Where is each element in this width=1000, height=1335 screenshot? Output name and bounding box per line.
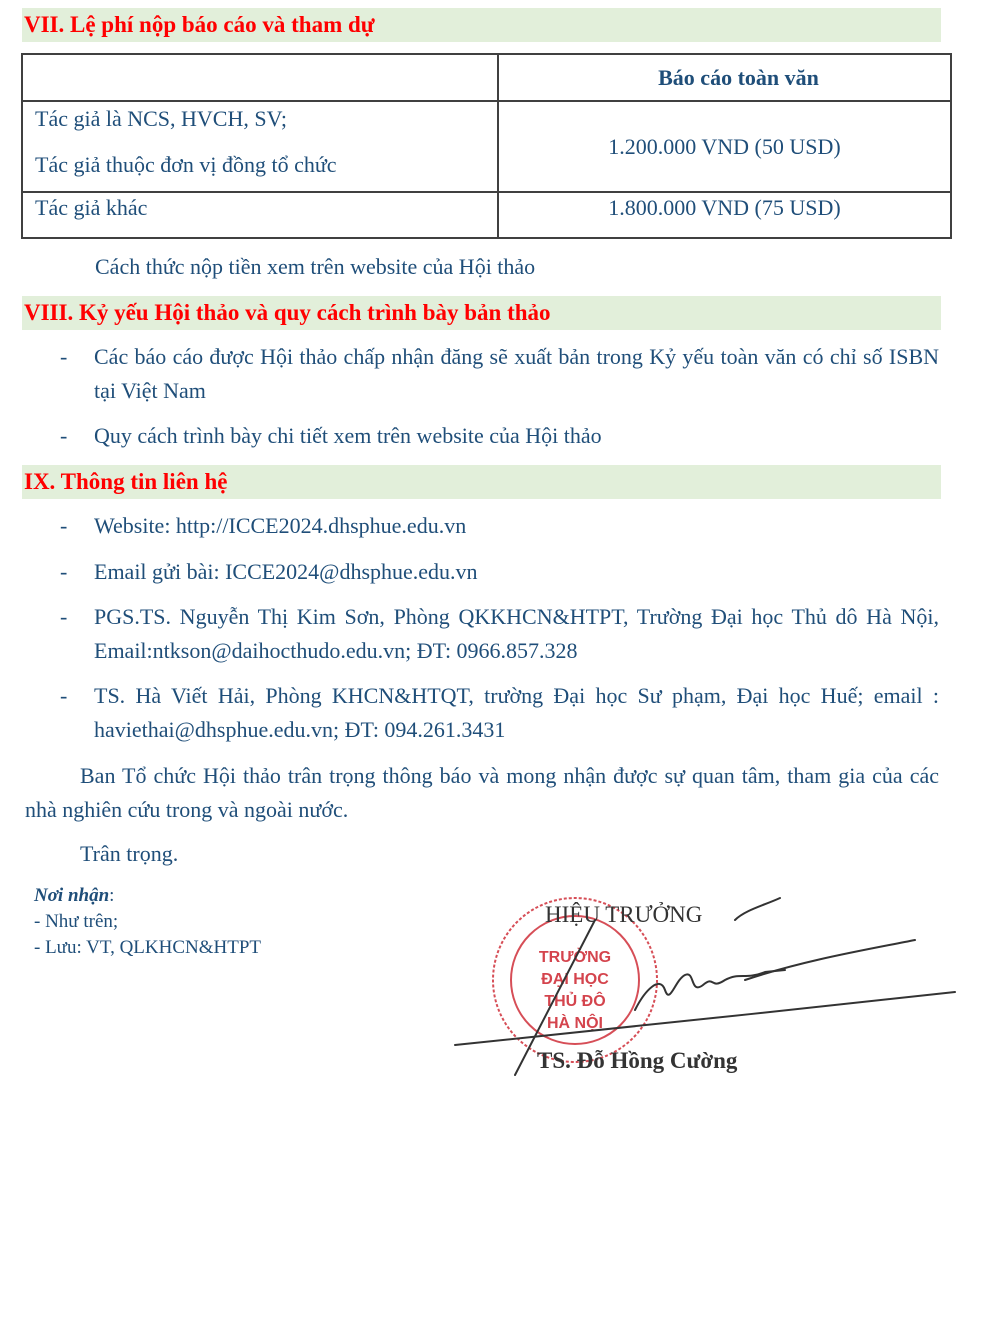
signature-block: TRƯỜNG ĐẠI HỌC THỦ ĐÔ HÀ NỘI HIỆU TRƯỞNG… [445, 880, 965, 1110]
fee-table-header-fulltext: Báo cáo toàn văn [498, 54, 951, 101]
bullet-dash: - [60, 683, 67, 709]
recipients-block: Nơi nhận: - Như trên; - Lưu: VT, QLKHCN&… [34, 883, 261, 961]
closing-regards: Trân trọng. [80, 841, 178, 867]
svg-text:ĐẠI HỌC: ĐẠI HỌC [541, 971, 609, 988]
svg-text:HÀ NỘI: HÀ NỘI [547, 1013, 603, 1032]
fee-category-cell: Tác giả khác [22, 192, 498, 238]
bullet-dash: - [60, 559, 67, 585]
table-row: Tác giả là NCS, HVCH, SV; Tác giả thuộc … [22, 101, 951, 192]
section-9-heading: IX. Thông tin liên hệ [22, 465, 941, 499]
bullet-dash: - [60, 344, 67, 370]
recipients-colon: : [109, 885, 114, 906]
contact-person-1: PGS.TS. Nguyễn Thị Kim Sơn, Phòng QKKHCN… [94, 600, 939, 668]
official-stamp-icon: TRƯỜNG ĐẠI HỌC THỦ ĐÔ HÀ NỘI [445, 880, 965, 1110]
fee-table-header: Báo cáo toàn văn [22, 54, 951, 101]
fee-table: Báo cáo toàn văn Tác giả là NCS, HVCH, S… [21, 53, 952, 239]
recipient-line: - Như trên; [34, 909, 261, 935]
payment-note: Cách thức nộp tiền xem trên website của … [95, 254, 535, 280]
bullet-dash: - [60, 423, 67, 449]
list-item: Các báo cáo được Hội thảo chấp nhận đăng… [94, 340, 939, 408]
signature-position: HIỆU TRƯỞNG [545, 902, 702, 928]
fee-amount-cell: 1.200.000 VND (50 USD) [498, 101, 951, 192]
bullet-dash: - [60, 513, 67, 539]
list-item: Quy cách trình bày chi tiết xem trên web… [94, 419, 939, 453]
recipient-line: - Lưu: VT, QLKHCN&HTPT [34, 935, 261, 961]
recipients-title: Nơi nhận [34, 885, 109, 906]
svg-text:TRƯỜNG: TRƯỜNG [539, 947, 611, 966]
fee-category-cell: Tác giả là NCS, HVCH, SV; Tác giả thuộc … [22, 101, 498, 192]
closing-paragraph: Ban Tổ chức Hội thảo trân trọng thông bá… [25, 759, 939, 827]
contact-website[interactable]: Website: http://ICCE2024.dhsphue.edu.vn [94, 509, 939, 543]
contact-email[interactable]: Email gửi bài: ICCE2024@dhsphue.edu.vn [94, 555, 939, 589]
table-row: Tác giả khác 1.800.000 VND (75 USD) [22, 192, 951, 238]
fee-amount-cell: 1.800.000 VND (75 USD) [498, 192, 951, 238]
contact-person-2: TS. Hà Viết Hải, Phòng KHCN&HTQT, trường… [94, 679, 939, 747]
fee-category-line: Tác giả thuộc đơn vị đồng tổ chức [35, 152, 485, 178]
section-8-heading: VIII. Kỷ yếu Hội thảo và quy cách trình … [22, 296, 941, 330]
section-7-heading: VII. Lệ phí nộp báo cáo và tham dự [22, 8, 941, 42]
signatory-name: TS. Đỗ Hồng Cường [537, 1048, 737, 1074]
fee-category-line: Tác giả là NCS, HVCH, SV; [35, 106, 485, 132]
fee-table-header-empty [22, 54, 498, 101]
bullet-dash: - [60, 604, 67, 630]
